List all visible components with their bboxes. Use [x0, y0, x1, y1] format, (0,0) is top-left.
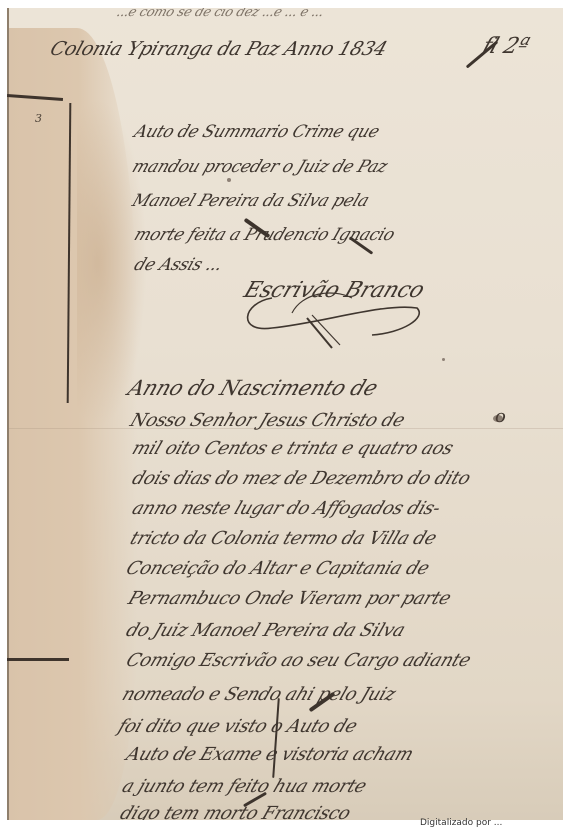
body-line: Conceição do Altar e Capitania de [123, 558, 432, 579]
body-line: Nosso Senhor Jesus Christo de [127, 410, 407, 431]
title-line: mandou proceder o Juiz de Paz [129, 157, 390, 177]
margin-number: 3 [35, 112, 42, 125]
folio-number: fl 2ª [479, 34, 532, 59]
body-line: anno neste lugar do Affogados dis- [129, 498, 443, 519]
body-line: digo tem morto Francisco [117, 803, 353, 820]
title-line: de Assis ... [131, 255, 225, 275]
faded-top-line: ...e como se de cio dez ...e ... e ... [115, 8, 326, 20]
body-line: a junto tem feito hua morte [119, 776, 369, 797]
title-line: Manoel Pereira da Silva pela [129, 191, 371, 211]
page-edge [7, 8, 9, 820]
ink-spot [442, 358, 445, 361]
margin-rule-bottom [7, 658, 69, 661]
body-line: mil oito Centos e trinta e quatro aos [129, 438, 456, 459]
ink-spot [227, 178, 231, 182]
body-line: Auto de Exame e vistoria acham [123, 744, 416, 765]
body-line: foi dito que visto o Auto de [115, 716, 360, 737]
header-title-line: Colonia Ypiranga da Paz Anno 1834 [47, 38, 389, 60]
body-line: Anno do Nascimento de [125, 376, 381, 400]
body-line: Comigo Escrivão ao seu Cargo adiante [123, 650, 474, 671]
signature-flourish-icon [232, 263, 432, 353]
title-line: Auto de Summario Crime que [131, 122, 382, 142]
ink-spot [493, 415, 503, 422]
body-line: dois dias do mez de Dezembro do dito [129, 468, 473, 489]
body-line: nomeado e Sendo ahi pelo Juiz [119, 684, 398, 705]
footer-caption: Digitalizado por ... [420, 818, 502, 828]
body-line: Pernambuco Onde Vieram por parte [125, 588, 454, 609]
body-line: tricto da Colonia termo da Villa de [127, 528, 439, 549]
ink-stroke [272, 698, 280, 778]
manuscript-page: ...e como se de cio dez ...e ... e ... C… [7, 8, 563, 820]
body-line: do Juiz Manoel Pereira da Silva [123, 620, 408, 641]
